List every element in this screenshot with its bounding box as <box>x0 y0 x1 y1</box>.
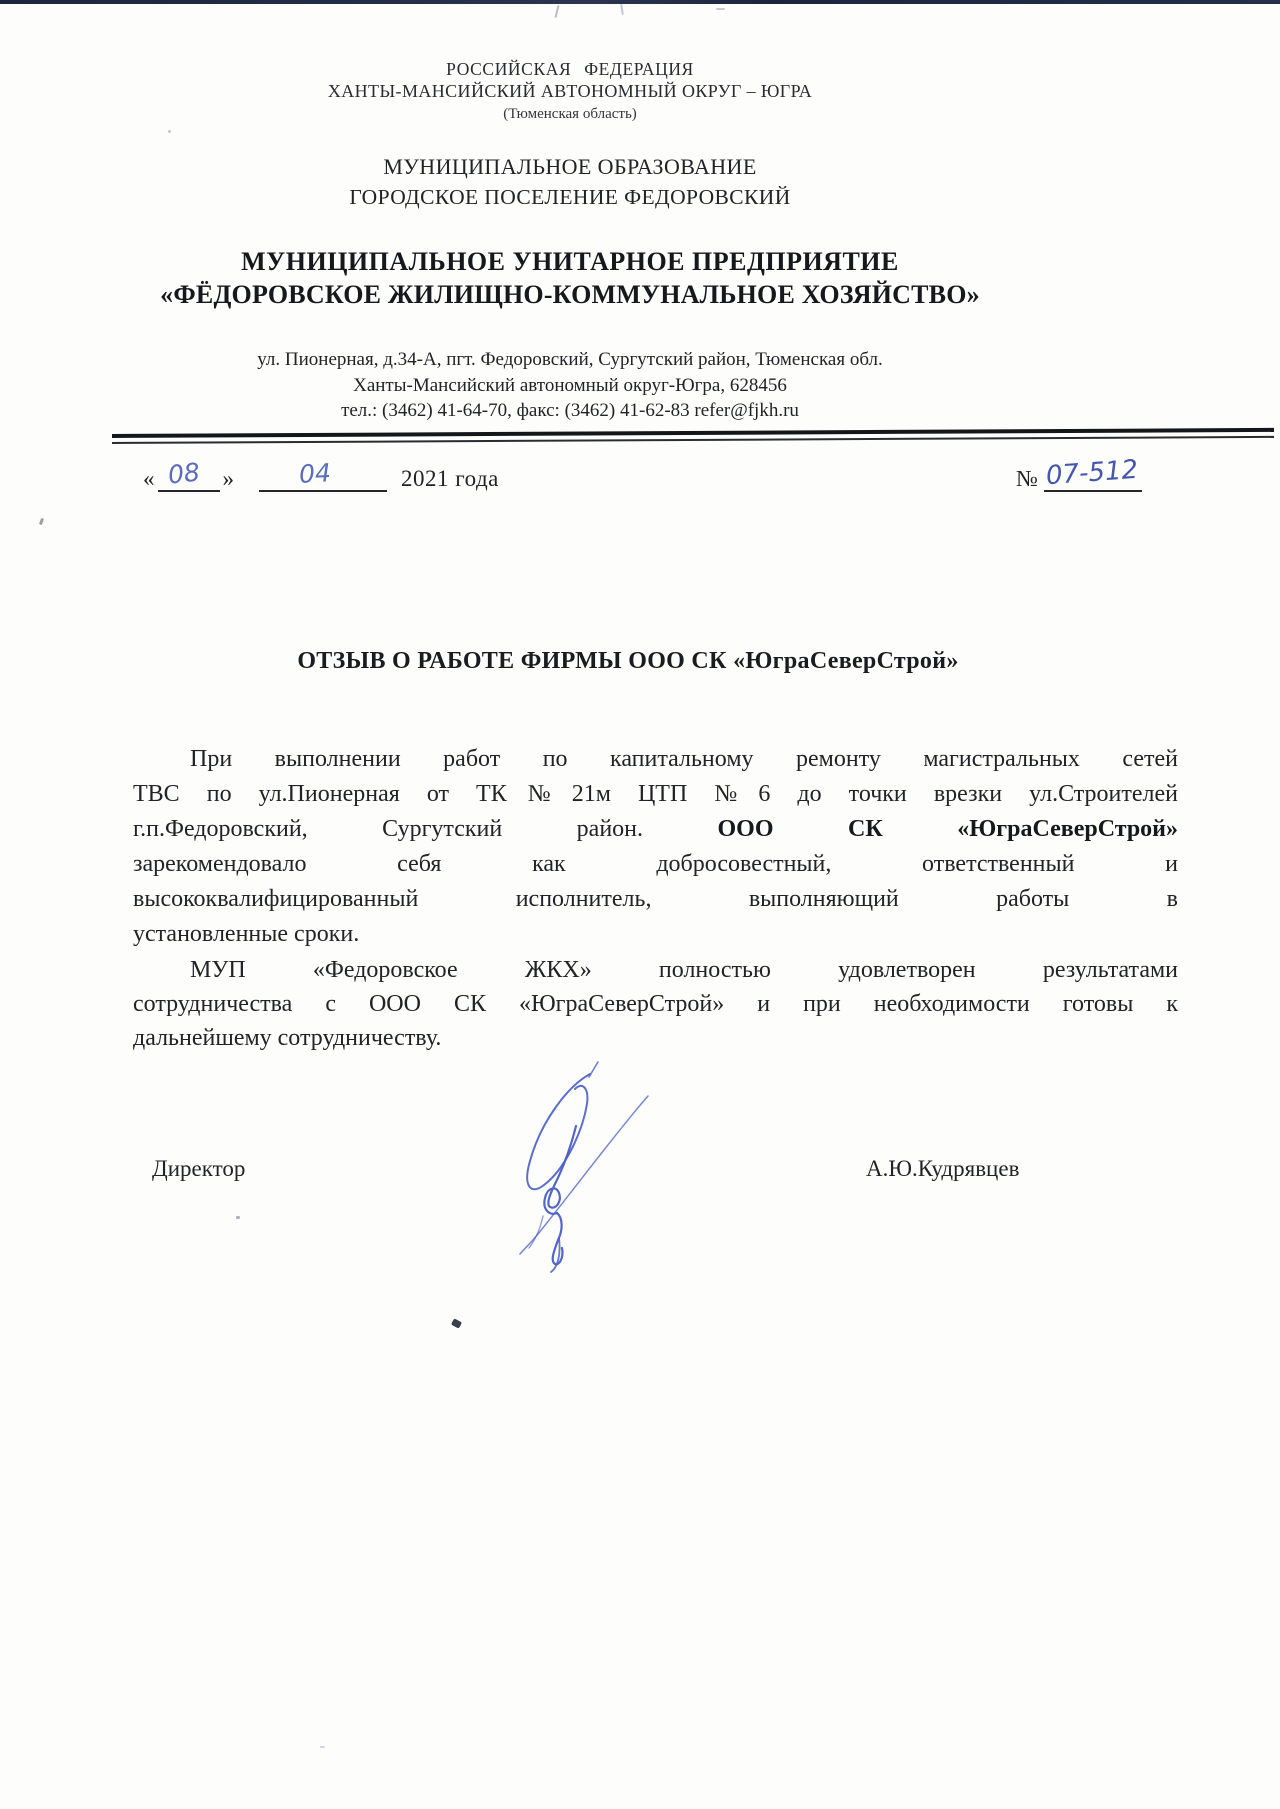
scan-speck <box>236 1216 240 1219</box>
body-p2-line2: сотрудничества с ООО СК «ЮграСеверСтрой»… <box>133 989 1178 1019</box>
body-p1-line4: зарекомендовало себя как добросовестный,… <box>133 849 1178 879</box>
signer-name: А.Ю.Кудрявцев <box>866 1156 1019 1182</box>
handwritten-signature <box>480 1058 700 1318</box>
body-p1-line3-bold-company: ООО СК «ЮграСеверСтрой» <box>718 816 1178 842</box>
body-p1-line3-normal: г.п.Федоровский, Сургутский район. <box>133 816 643 842</box>
letterhead-address-line1: ул. Пионерная, д.34-А, пгт. Федоровский,… <box>60 350 1080 371</box>
scan-speck <box>320 1746 325 1748</box>
letterhead-oblast: (Тюменская область) <box>60 106 1080 123</box>
month-blank: 04 <box>259 458 387 492</box>
letterhead-address-line2: Ханты-Мансийский автономный округ-Югра, … <box>60 376 1080 397</box>
ink-speck <box>451 1318 462 1328</box>
body-p2-line1: МУП «Федоровское ЖКХ» полностью удовлетв… <box>133 955 1178 985</box>
quote-open: « <box>140 466 158 492</box>
scan-speck <box>39 518 44 526</box>
body-p1-line2: ТВС по ул.Пионерная от ТК№21м ЦТП №6 до … <box>133 779 1178 809</box>
handwritten-number: 07-512 <box>1045 455 1139 491</box>
scan-speck <box>554 5 559 18</box>
handwritten-month: 04 <box>298 458 331 489</box>
letterhead-rule-thin <box>112 436 1274 444</box>
scanned-letter-page: РОССИЙСКАЯ ФЕДЕРАЦИЯ ХАНТЫ-МАНСИЙСКИЙ АВ… <box>0 0 1280 1809</box>
body-p1-line3: г.п.Федоровский, Сургутский район. ООО С… <box>133 814 1178 844</box>
date-line: « 08 » 04 2021 года <box>140 458 499 492</box>
number-blank: 07-512 <box>1044 458 1142 492</box>
body-p1-line6: установленные сроки. <box>133 919 1178 949</box>
signer-role: Директор <box>152 1156 245 1182</box>
body-p1-line5: высококвалифицированный исполнитель, вып… <box>133 884 1178 914</box>
year-label: 2021 года <box>401 466 499 492</box>
document-number-line: № 07-512 <box>1016 458 1142 492</box>
letterhead-municipality-line1: МУНИЦИПАЛЬНОЕ ОБРАЗОВАНИЕ <box>60 155 1080 179</box>
letterhead-org-line1: МУНИЦИПАЛЬНОЕ УНИТАРНОЕ ПРЕДПРИЯТИЕ <box>60 248 1080 277</box>
letterhead-federation: РОССИЙСКАЯ ФЕДЕРАЦИЯ <box>60 60 1080 79</box>
document-title: ОТЗЫВ О РАБОТЕ ФИРМЫ ООО СК «ЮграСеверСт… <box>0 648 1256 675</box>
day-blank: 08 <box>158 458 220 492</box>
scan-edge-strip <box>0 0 1280 4</box>
scan-speck <box>168 130 171 133</box>
letterhead-municipality-line2: ГОРОДСКОЕ ПОСЕЛЕНИЕ ФЕДОРОВСКИЙ <box>60 186 1080 210</box>
letterhead-okrug: ХАНТЫ-МАНСИЙСКИЙ АВТОНОМНЫЙ ОКРУГ – ЮГРА <box>60 82 1080 102</box>
scan-speck <box>716 8 725 10</box>
quote-close: » <box>220 466 238 492</box>
scan-speck <box>620 4 624 15</box>
number-sign: № <box>1016 466 1038 492</box>
body-p2-line3: дальнейшему сотрудничеству. <box>133 1023 1178 1053</box>
letterhead-contacts: тел.: (3462) 41-64-70, факс: (3462) 41-6… <box>60 401 1080 422</box>
handwritten-day: 08 <box>166 457 201 489</box>
letterhead-org-line2: «ФЁДОРОВСКОЕ ЖИЛИЩНО-КОММУНАЛЬНОЕ ХОЗЯЙС… <box>60 281 1080 310</box>
body-p1-line1: При выполнении работ по капитальному рем… <box>133 744 1178 774</box>
